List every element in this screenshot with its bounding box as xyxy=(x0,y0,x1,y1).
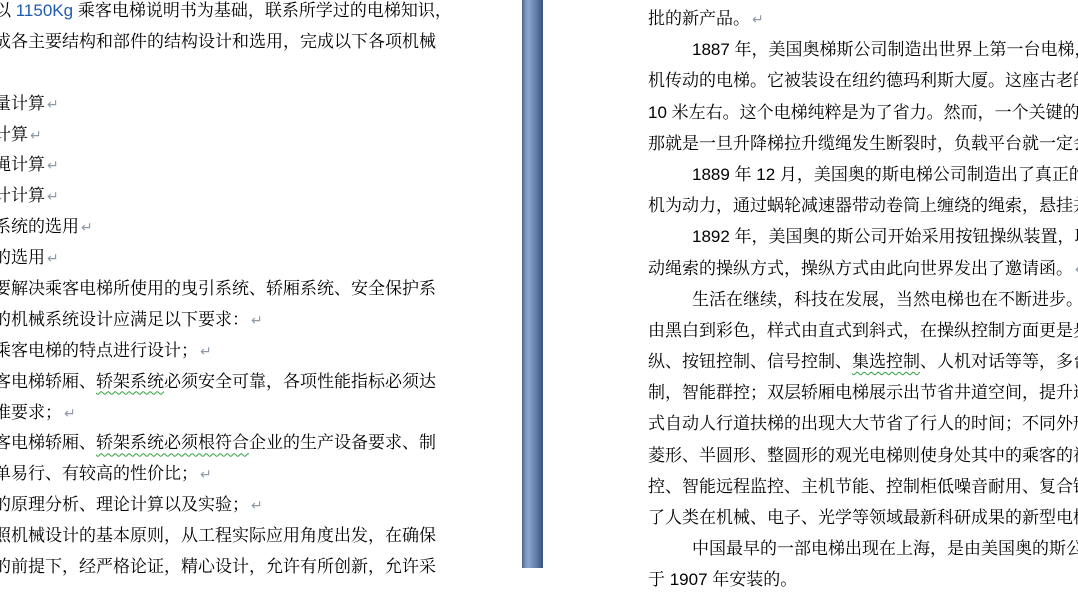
right-document-page[interactable]: 批的新产品。↵1887 年，美国奥梯斯公司制造出世界上第一台电梯，这机传动的电梯… xyxy=(648,3,1078,568)
grammar-flagged-text: 轿架系统必须根符合 xyxy=(96,433,249,452)
text-line[interactable]: 系统的选用↵ xyxy=(0,212,430,243)
text-run: 的机械系统设计应满足以下要求： xyxy=(0,310,249,329)
text-run: 、人机对话等等，多台电 xyxy=(920,352,1078,371)
text-run: 由黑白到彩色，样式由直式到斜式，在操纵控制方面更是步步 xyxy=(648,321,1078,340)
highlighted-value: 1150Kg xyxy=(16,1,73,20)
text-run: 单易行、有较高的性价比； xyxy=(0,464,198,483)
paragraph-mark-icon: ↵ xyxy=(30,127,42,143)
text-run: 批的新产品。 xyxy=(648,9,750,28)
text-run: 制，智能群控；双层轿厢电梯展示出节省井道空间，提升运输 xyxy=(648,383,1078,402)
text-run: 量计算 xyxy=(0,94,45,113)
text-line[interactable]: 由黑白到彩色，样式由直式到斜式，在操纵控制方面更是步步 xyxy=(648,315,1078,346)
paragraph-mark-icon: ↵ xyxy=(251,497,263,513)
text-run: 系统的选用 xyxy=(0,217,79,236)
text-run: 要解决乘客电梯所使用的曳引系统、轿厢系统、安全保护系 xyxy=(0,279,436,298)
text-run: 中国最早的一部电梯出现在上海，是由美国奥的斯公司 xyxy=(692,539,1078,558)
text-line[interactable]: 了人类在机械、电子、光学等领域最新科研成果的新型电梯 xyxy=(648,502,1078,533)
text-line[interactable]: 纵、按钮控制、信号控制、集选控制、人机对话等等，多台电 xyxy=(648,346,1078,377)
text-line[interactable]: 成各主要结构和部件的结构设计和选用，完成以下各项机械 xyxy=(0,27,430,58)
text-run: 绳计算 xyxy=(0,155,45,174)
text-run: 控、智能远程监控、主机节能、控制柜低噪音耐用、复合钢带 xyxy=(648,477,1078,496)
text-run: 乘客电梯的特点进行设计； xyxy=(0,341,198,360)
paragraph-mark-icon: ↵ xyxy=(200,466,212,482)
paragraph-mark-icon: ↵ xyxy=(64,405,76,421)
text-run: 式自动人行道扶梯的出现大大节省了行人的时间；不同外形 xyxy=(648,414,1078,433)
paragraph-mark-icon: ↵ xyxy=(47,96,59,112)
text-run: 那就是一旦升降梯拉升缆绳发生断裂时，负载平台就一定会 xyxy=(648,134,1078,153)
text-run: 的前提下，经严格论证，精心设计，允许有所创新，允许采 xyxy=(0,557,436,568)
text-line[interactable]: 客电梯轿厢、轿架系统必须安全可靠，各项性能指标必须达 xyxy=(0,367,430,398)
paragraph-mark-icon: ↵ xyxy=(47,250,59,266)
text-line[interactable] xyxy=(0,58,430,89)
text-run: 以 xyxy=(0,1,16,20)
text-run: 企业的生产设备要求、制 xyxy=(249,433,436,452)
text-line[interactable]: 机传动的电梯。它被装设在纽约德玛利斯大厦。这座古老的 xyxy=(648,65,1078,96)
text-line[interactable]: 1892 年，美国奥的斯公司开始采用按钮操纵装置，取代 xyxy=(648,221,1078,252)
text-line[interactable]: 单易行、有较高的性价比；↵ xyxy=(0,459,430,490)
text-run: 生活在继续，科技在发展，当然电梯也在不断进步。150 xyxy=(692,290,1078,309)
paragraph-mark-icon: ↵ xyxy=(752,11,764,27)
paragraph-mark-icon: ↵ xyxy=(47,157,59,173)
text-run: 计计算 xyxy=(0,186,45,205)
text-line[interactable]: 以 1150Kg 乘客电梯说明书为基础，联系所学过的电梯知识， xyxy=(0,0,430,27)
text-line[interactable]: 1887 年，美国奥梯斯公司制造出世界上第一台电梯，这 xyxy=(648,34,1078,65)
text-line[interactable]: 计算↵ xyxy=(0,120,430,151)
text-run: 纵、按钮控制、信号控制、 xyxy=(648,352,852,371)
text-line[interactable]: 制，智能群控；双层轿厢电梯展示出节省井道空间，提升运输 xyxy=(648,377,1078,408)
text-run: 成各主要结构和部件的结构设计和选用，完成以下各项机械 xyxy=(0,32,436,51)
text-line[interactable]: 10 米左右。这个电梯纯粹是为了省力。然而，一个关键的问 xyxy=(648,97,1078,128)
text-run: 必须安全可靠，各项性能指标必须达 xyxy=(164,372,436,391)
text-line[interactable]: 的原理分析、理论计算以及实验；↵ xyxy=(0,490,430,521)
paragraph-mark-icon: ↵ xyxy=(251,312,263,328)
text-line[interactable]: 菱形、半圆形、整圆形的观光电梯则使身处其中的乘客的视线 xyxy=(648,440,1078,471)
text-line[interactable]: 于 1907 年安装的。 xyxy=(648,564,1078,568)
text-run: 1892 年，美国奥的斯公司开始采用按钮操纵装置，取代 xyxy=(692,227,1078,246)
text-line[interactable]: 计计算↵ xyxy=(0,181,430,212)
text-line[interactable]: 量计算↵ xyxy=(0,89,430,120)
text-line[interactable]: 1889 年 12 月，美国奥的斯电梯公司制造出了真正的电梯 xyxy=(648,159,1078,190)
text-line[interactable]: 中国最早的一部电梯出现在上海，是由美国奥的斯公司 xyxy=(648,533,1078,564)
text-line[interactable]: 动绳索的操纵方式，操纵方式由此向世界发出了邀请函。↵ xyxy=(648,253,1078,284)
text-run: 机为动力，通过蜗轮减速器带动卷筒上缠绕的绳索，悬挂并 xyxy=(648,196,1078,215)
text-run: 的原理分析、理论计算以及实验； xyxy=(0,495,249,514)
text-line[interactable]: 要解决乘客电梯所使用的曳引系统、轿厢系统、安全保护系 xyxy=(0,274,430,305)
text-run: 照机械设计的基本原则，从工程实际应用角度出发，在确保 xyxy=(0,526,436,545)
left-document-page[interactable]: 以 1150Kg 乘客电梯说明书为基础，联系所学过的电梯知识，成各主要结构和部件… xyxy=(0,0,430,568)
text-line[interactable]: 准要求；↵ xyxy=(0,398,430,429)
text-run: 了人类在机械、电子、光学等领域最新科研成果的新型电梯 xyxy=(648,508,1078,527)
text-run: 的选用 xyxy=(0,248,45,267)
text-run: 1887 年，美国奥梯斯公司制造出世界上第一台电梯，这 xyxy=(692,40,1078,59)
text-line[interactable]: 控、智能远程监控、主机节能、控制柜低噪音耐用、复合钢带 xyxy=(648,471,1078,502)
text-line[interactable]: 乘客电梯的特点进行设计；↵ xyxy=(0,336,430,367)
text-run: 准要求； xyxy=(0,403,62,422)
grammar-flagged-text: 轿架系统 xyxy=(96,372,164,391)
text-line[interactable]: 的前提下，经严格论证，精心设计，允许有所创新，允许采 xyxy=(0,552,430,568)
text-run: 机传动的电梯。它被装设在纽约德玛利斯大厦。这座古老的 xyxy=(648,71,1078,90)
text-line[interactable]: 那就是一旦升降梯拉升缆绳发生断裂时，负载平台就一定会 xyxy=(648,128,1078,159)
paragraph-mark-icon: ↵ xyxy=(47,188,59,204)
text-line[interactable]: 的机械系统设计应满足以下要求：↵ xyxy=(0,305,430,336)
window-splitter[interactable] xyxy=(522,0,543,568)
text-run: 计算 xyxy=(0,125,28,144)
text-line[interactable]: 批的新产品。↵ xyxy=(648,3,1078,34)
text-line[interactable]: 生活在继续，科技在发展，当然电梯也在不断进步。150 xyxy=(648,284,1078,315)
paragraph-mark-icon: ↵ xyxy=(81,219,93,235)
text-run: 动绳索的操纵方式，操纵方式由此向世界发出了邀请函。 xyxy=(648,259,1073,278)
text-run: 客电梯轿厢、 xyxy=(0,372,96,391)
text-run: 1889 年 12 月，美国奥的斯电梯公司制造出了真正的电梯 xyxy=(692,165,1078,184)
text-run: 客电梯轿厢、 xyxy=(0,433,96,452)
grammar-flagged-text: 集选控制 xyxy=(852,352,920,371)
text-line[interactable]: 客电梯轿厢、轿架系统必须根符合企业的生产设备要求、制 xyxy=(0,428,430,459)
text-run: 10 米左右。这个电梯纯粹是为了省力。然而，一个关键的问 xyxy=(648,103,1078,122)
text-run: 菱形、半圆形、整圆形的观光电梯则使身处其中的乘客的视线 xyxy=(648,446,1078,465)
text-line[interactable]: 绳计算↵ xyxy=(0,150,430,181)
text-run: 乘客电梯说明书为基础，联系所学过的电梯知识， xyxy=(73,1,452,20)
text-line[interactable]: 照机械设计的基本原则，从工程实际应用角度出发，在确保 xyxy=(0,521,430,552)
text-line[interactable]: 机为动力，通过蜗轮减速器带动卷筒上缠绕的绳索，悬挂并 xyxy=(648,190,1078,221)
text-line[interactable]: 式自动人行道扶梯的出现大大节省了行人的时间；不同外形 xyxy=(648,408,1078,439)
text-line[interactable]: 的选用↵ xyxy=(0,243,430,274)
paragraph-mark-icon: ↵ xyxy=(200,343,212,359)
